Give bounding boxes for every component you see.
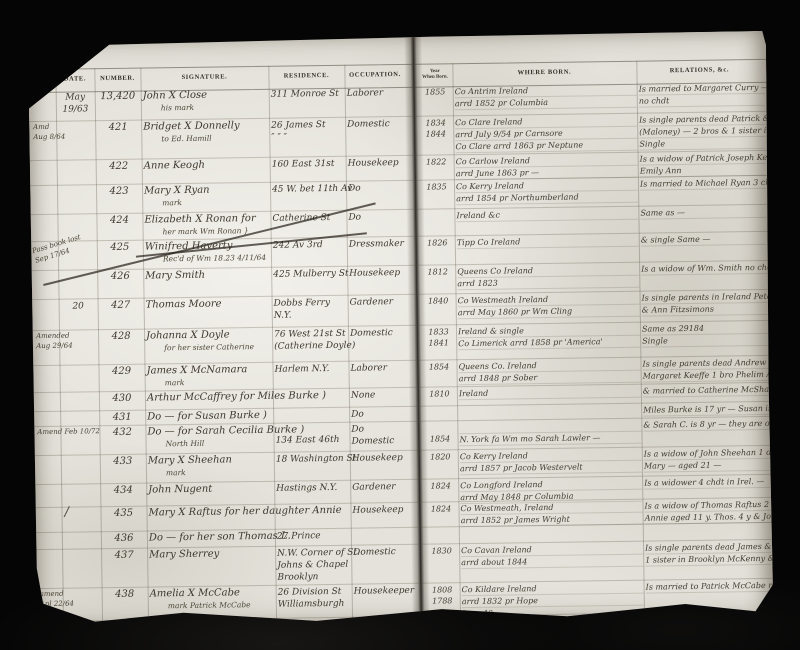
signature-cell: Amelia X McCabemark Patrick McCabe bbox=[150, 587, 276, 613]
account-number-cell: 424 bbox=[96, 215, 142, 228]
where-born-cell: Co Kerry Irelandarrd 1854 pr Northumberl… bbox=[456, 179, 638, 206]
where-born-cell: Co Carlow Irelandarrd June 1863 pr — bbox=[456, 154, 638, 181]
account-number-cell: 429 bbox=[98, 366, 144, 379]
relations-cell: Miles Burke is 17 yr — Susan is abt 14 y… bbox=[643, 403, 769, 417]
relations-cell: Is married to Margaret Curry —no chdt bbox=[639, 82, 765, 108]
birth-year-cell: 1810 bbox=[423, 388, 456, 399]
birth-year-cell: 1835 bbox=[420, 181, 453, 192]
where-born-cell: Queens Co. Irelandarrd 1848 pr Sober bbox=[458, 359, 640, 386]
margin-amendment-note bbox=[39, 533, 97, 534]
signature-cell: Thomas Moore bbox=[146, 298, 272, 312]
birth-year-cell: 18331841 bbox=[422, 326, 455, 348]
account-number-cell: 436 bbox=[101, 533, 147, 546]
account-number-cell: 427 bbox=[98, 300, 144, 313]
column-header-residence: RESIDENCE. bbox=[268, 72, 344, 80]
residence-cell: 134 East 46th bbox=[275, 424, 349, 447]
residence-cell: Dobbs FerryN.Y. bbox=[274, 297, 348, 322]
where-born-cell: Co Kerry Irelandarrd 1857 pr Jacob Weste… bbox=[460, 449, 642, 476]
occupation-cell bbox=[353, 529, 412, 530]
residence-cell bbox=[275, 409, 349, 410]
relations-cell: Is a widow of Patrick Joseph Kehoe 1 chi… bbox=[640, 152, 766, 178]
ledger-entries: May 19/63 13,420 John X Closehis mark 31… bbox=[29, 81, 774, 627]
relations-cell: Is a widow of Thomas Raftus 2 chdt —Anni… bbox=[644, 499, 770, 525]
date-cell bbox=[57, 215, 96, 216]
date-cell bbox=[57, 186, 96, 187]
margin-amendment-note: Amend Feb 10/72 bbox=[37, 427, 95, 438]
occupation-cell: Laborer bbox=[347, 87, 406, 100]
account-number-cell: 428 bbox=[98, 331, 144, 344]
relations-cell: & single Same — bbox=[641, 233, 767, 247]
date-cell: 20 bbox=[59, 300, 98, 313]
signature-cell: Do — for Susan Burke ) bbox=[147, 410, 273, 424]
signature-cell: Anne Keogh bbox=[144, 159, 270, 173]
signature-cell: John Nugent bbox=[148, 483, 274, 497]
where-born-cell: Queens Co Irelandarrd 1823 bbox=[457, 264, 639, 291]
where-born-cell bbox=[459, 405, 641, 408]
occupation-cell: Housekeep bbox=[349, 267, 408, 280]
column-header-relations: RELATIONS, &c. bbox=[636, 66, 762, 75]
signature-cell: Thos Hargrove bbox=[150, 620, 276, 627]
margin-amendment-note bbox=[39, 550, 97, 551]
where-born-cell: Ireland & singleCo Limerick arrd 1858 pr… bbox=[458, 324, 640, 351]
account-number-cell: 431 bbox=[99, 412, 145, 425]
occupation-cell: Housekeep bbox=[352, 452, 411, 465]
occupation-cell: Domestic bbox=[353, 546, 412, 559]
account-number-cell: 423 bbox=[96, 186, 142, 199]
column-header-year-when-born: Year When Born. bbox=[421, 69, 450, 81]
signature-cell: James X McNamaramark bbox=[146, 364, 272, 390]
occupation-cell: Gardener bbox=[352, 481, 411, 494]
column-header-where-born: WHERE BORN. bbox=[452, 68, 636, 78]
margin-amendment-note bbox=[34, 186, 92, 187]
residence-cell: 76 West 21st St(Catherine Doyle) bbox=[274, 328, 348, 353]
relations-cell: Same as 29184Single bbox=[642, 322, 768, 348]
margin-amendment-note bbox=[35, 271, 93, 272]
account-number-cell: 430 bbox=[99, 393, 145, 406]
occupation-cell: Laborer bbox=[354, 618, 413, 627]
relations-cell: Is married to Patrick McCabe no chdt bbox=[646, 580, 772, 594]
occupation-cell: Do bbox=[351, 408, 410, 421]
signature-cell: Johanna X Doylefor her sister Catherine bbox=[146, 329, 272, 355]
account-number-cell: 13,420 bbox=[95, 91, 141, 104]
relations-cell: & Sarah C. is 8 yr — they are orphans bbox=[643, 418, 769, 432]
margin-amendment-note bbox=[36, 366, 94, 367]
account-number-cell: 422 bbox=[96, 161, 142, 174]
date-cell bbox=[60, 412, 99, 413]
residence-cell: N.W. Corner of St.Johns & ChapelBrooklyn bbox=[277, 547, 351, 584]
occupation-cell: Domestic bbox=[347, 118, 406, 131]
account-number-cell: 432 bbox=[99, 427, 145, 440]
signature-cell: Arthur McCaffrey for Miles Burke ) bbox=[147, 391, 273, 405]
date-cell bbox=[57, 161, 96, 162]
birth-year-cell: 18341844 bbox=[419, 117, 452, 139]
residence-cell: 45 W. bet 11th Av bbox=[272, 183, 346, 196]
occupation-cell: None bbox=[351, 389, 410, 402]
account-number-cell: 437 bbox=[101, 550, 147, 563]
date-cell bbox=[58, 271, 97, 272]
where-born-cell: Ireland bbox=[459, 386, 641, 401]
year-header-line2: When Born. bbox=[421, 74, 450, 80]
relations-cell: Is single parents in Irel. John & Margar… bbox=[646, 613, 772, 627]
birth-year-cell: 1854 bbox=[422, 361, 455, 372]
signature-cell: John X Closehis mark bbox=[143, 89, 269, 115]
ledger-page-spread: DATE. NUMBER. SIGNATURE. RESIDENCE. OCCU… bbox=[28, 31, 774, 627]
signature-cell: Mary X Ryanmark bbox=[144, 184, 270, 210]
relations-cell: Is single parents in Ireland Peter& Ann … bbox=[642, 291, 768, 317]
date-cell bbox=[59, 366, 98, 367]
date-cell bbox=[61, 485, 100, 486]
residence-cell: 425 Mulberry St bbox=[273, 268, 347, 281]
where-born-cell: Co Westmeath Irelandarrd May 1860 pr Wm … bbox=[458, 293, 640, 320]
relations-cell: Is a widower 4 chdt in Irel. — bbox=[644, 476, 770, 490]
signature-cell: Bridget X Donnellyto Ed. Hamill bbox=[143, 120, 269, 146]
occupation-cell: Housekeep bbox=[352, 504, 411, 517]
birth-year-cell: 1812 bbox=[426, 617, 459, 627]
date-cell bbox=[62, 550, 101, 551]
relations-cell: Is single parents dead Patrick & Bridget… bbox=[639, 113, 765, 151]
where-born-cell bbox=[461, 526, 643, 529]
birth-year-cell: 1826 bbox=[421, 237, 454, 248]
column-header-number: NUMBER. bbox=[94, 75, 140, 83]
residence-cell: 26 Division StWilliamsburgh bbox=[278, 586, 352, 611]
signature-cell: Elizabeth X Ronan forher mark Wm Ronan } bbox=[144, 213, 270, 239]
occupation-cell: Do bbox=[348, 211, 407, 224]
residence-cell: Harlem N.Y. bbox=[274, 363, 348, 376]
occupation-cell: Housekeeper bbox=[354, 585, 413, 598]
relations-cell: Same as — bbox=[640, 206, 766, 220]
signature-cell: Mary X Sheehanmark bbox=[148, 454, 274, 480]
birth-year-cell: 1824 bbox=[424, 480, 457, 491]
account-number-cell: 435 bbox=[100, 508, 146, 521]
account-number-cell: 433 bbox=[100, 456, 146, 469]
date-cell bbox=[61, 456, 100, 457]
signature-cell: Mary Smith bbox=[145, 269, 271, 283]
margin-amendment-note bbox=[38, 485, 96, 486]
where-born-cell: Co Cavan Irelandarrd about 1844 bbox=[461, 543, 643, 570]
account-number-cell: 421 bbox=[95, 122, 141, 135]
birth-year-cell: 1822 bbox=[420, 156, 453, 167]
occupation-cell: Gardener bbox=[350, 296, 409, 309]
relations-cell: Is single parents dead James & Mary McCa… bbox=[645, 541, 771, 567]
birth-year-cell: 18081788 bbox=[426, 584, 459, 606]
date-cell bbox=[60, 393, 99, 394]
residence-cell: 26 James St″ ″ ″ bbox=[271, 119, 345, 144]
where-born-cell: Co Clare Irelandarrd 8th March 1861and f… bbox=[462, 615, 644, 627]
column-header-date: DATE. bbox=[55, 75, 94, 83]
residence-cell: 311 Cherry St bbox=[278, 619, 352, 627]
where-born-cell: Ireland &c bbox=[456, 208, 638, 223]
residence-cell: Hastings N.Y. bbox=[276, 482, 350, 495]
birth-year-cell: 1855 bbox=[419, 86, 452, 97]
signature-cell: Do — for Sarah Cecilia Burke )North Hill bbox=[147, 425, 273, 451]
relations-cell: Is single parents dead Andrew &Margaret … bbox=[642, 357, 768, 383]
residence-cell: 242 Av 3rd bbox=[273, 239, 347, 252]
account-number-cell: 434 bbox=[100, 485, 146, 498]
relations-cell: Is a widow of Wm. Smith no chdt bbox=[641, 262, 767, 276]
account-number-cell: 426 bbox=[97, 271, 143, 284]
margin-amendment-note bbox=[37, 412, 95, 413]
relations-cell: & married to Catherine McShane 7 chdt — bbox=[643, 384, 769, 398]
relations-cell bbox=[645, 524, 771, 526]
birth-year-cell: 1824 bbox=[424, 503, 457, 514]
margin-amendment-note bbox=[38, 456, 96, 457]
signature-cell: Mary X Raftus for her daughter Annie bbox=[148, 506, 274, 520]
margin-amendment-note bbox=[34, 215, 92, 216]
where-born-cell: Co Antrim Irelandarrd 1852 pr Columbia bbox=[455, 84, 637, 111]
scanned-ledger-photo: DATE. NUMBER. SIGNATURE. RESIDENCE. OCCU… bbox=[0, 0, 800, 650]
signature-cell: Mary Sherrey bbox=[149, 548, 275, 562]
date-cell bbox=[63, 622, 102, 623]
where-born-cell: Tipp Co Ireland bbox=[457, 235, 639, 250]
where-born-cell: Co Westmeath, Irelandarrd 1852 pr James … bbox=[460, 501, 642, 528]
residence-cell: 311 Monroe St bbox=[271, 88, 345, 101]
margin-amendment-note: AmdAug 8/64 bbox=[33, 122, 91, 143]
occupation-cell: Do bbox=[348, 182, 407, 195]
birth-year-cell: 1820 bbox=[424, 451, 457, 462]
column-header-signature: SIGNATURE. bbox=[140, 73, 268, 82]
birth-year-cell: 1854 bbox=[423, 422, 456, 444]
signature-cell: Winifred HavertyRec'd of Wm 18.23 4/11/6… bbox=[145, 240, 271, 266]
account-number-cell: 425 bbox=[97, 242, 143, 255]
relations-cell: Is married to Michael Ryan 3 chdt bbox=[640, 177, 766, 191]
occupation-cell: Domestic bbox=[350, 327, 409, 340]
margin-amendment-note bbox=[40, 622, 98, 623]
date-cell bbox=[62, 533, 101, 534]
birth-year-cell: 1840 bbox=[422, 295, 455, 306]
date-cell: May 19/63 bbox=[56, 91, 95, 116]
where-born-cell: N. York fa Wm mo Sarah Lawler — bbox=[459, 420, 641, 447]
occupation-cell: Laborer bbox=[350, 362, 409, 375]
column-header-occupation: OCCUPATION. bbox=[344, 71, 405, 79]
birth-year-cell: 1830 bbox=[425, 545, 458, 556]
residence-cell: Catherine St bbox=[272, 212, 346, 225]
occupation-cell: Dressmaker bbox=[349, 238, 408, 251]
residence-cell: 18 Washington St bbox=[276, 453, 350, 466]
signature-cell: Do — for her son Thomas L. bbox=[149, 531, 275, 545]
margin-amendment-note bbox=[37, 393, 95, 394]
residence-cell: 27 Prince bbox=[277, 530, 351, 543]
relations-cell: Is a widow of John Sheehan 1 daughterMar… bbox=[644, 447, 770, 473]
margin-amendment-note: AmendedAug 29/64 bbox=[36, 331, 94, 352]
margin-amendment-note bbox=[34, 161, 92, 162]
where-born-cell: Co Clare Irelandarrd July 9/54 pr Carnso… bbox=[455, 115, 637, 154]
birth-year-cell: 1812 bbox=[421, 266, 454, 277]
occupation-cell: Housekeep bbox=[348, 157, 407, 170]
residence-cell: 160 East 31st bbox=[272, 158, 346, 171]
account-number-cell: 439 bbox=[102, 622, 148, 628]
occupation-cell: DoDomestic bbox=[351, 423, 410, 448]
margin-amendment-note: amendApl 22/64 bbox=[40, 589, 98, 610]
account-number-cell: 438 bbox=[102, 589, 148, 602]
